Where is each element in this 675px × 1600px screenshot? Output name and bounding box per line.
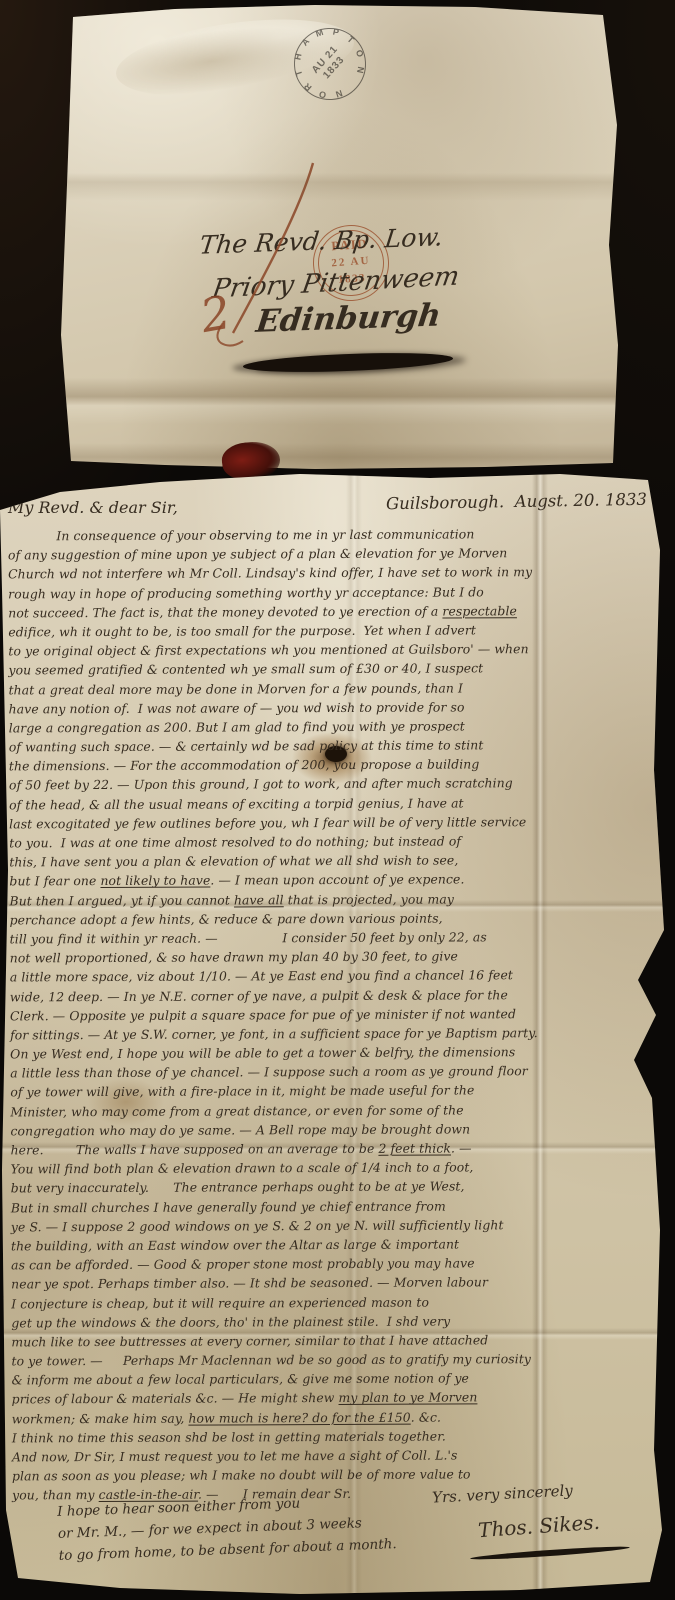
- postmark-ring-letter: A: [299, 36, 313, 50]
- postage-charge-mark: 2: [197, 285, 235, 343]
- paper-wrinkle: [111, 7, 358, 110]
- paid-stamp: PAID 22 AU 1833: [310, 222, 391, 303]
- envelope-front: NORTHAMPTON AU 21 1833 PAID 22 AU 1833 T…: [55, 5, 625, 471]
- postmark-ring-letter: O: [318, 87, 328, 100]
- signature: Thos. Sikes.: [477, 1510, 600, 1542]
- postmark-year: 1833: [303, 34, 365, 101]
- postmark-ring-letter: T: [293, 67, 307, 78]
- dateline: Guilsborough. Augst. 20. 1833: [386, 490, 647, 514]
- postmark-ring-letter: T: [343, 33, 357, 47]
- postmark-ring-text: NORTHAMPTON: [274, 8, 328, 67]
- paid-stamp-date: 22 AU: [313, 253, 390, 270]
- photo-background: NORTHAMPTON AU 21 1833 PAID 22 AU 1833 T…: [0, 0, 675, 1600]
- postmark-ring-letter: O: [352, 48, 366, 59]
- address-block: The Revd. Bp. Low.Priory PittenweemEdinb…: [153, 218, 577, 344]
- paid-stamp-inner-circle: [316, 228, 386, 298]
- northampton-postmark-stamp: NORTHAMPTON AU 21 1833: [274, 8, 387, 121]
- postmark-center-text: AU 21 1833: [294, 26, 365, 102]
- signature-flourish: [470, 1544, 630, 1561]
- address-line: Priory Pittenweem: [210, 255, 578, 304]
- postmark-ring-letter: R: [302, 79, 316, 93]
- postmark-ring-letter: M: [314, 27, 325, 41]
- postmark-ring-letter: N: [333, 86, 344, 100]
- paid-stamp-label: PAID: [311, 234, 388, 255]
- letter-lines: In consequence of your observing to me i…: [8, 526, 666, 1507]
- postmark-ring-letter: N: [353, 65, 366, 75]
- letter-page: My Revd. & dear Sir, Guilsborough. Augst…: [0, 470, 670, 1598]
- postmark-ring: [279, 13, 381, 115]
- paid-stamp-year: 1833: [314, 270, 391, 287]
- postmark-ring-letter: H: [292, 52, 305, 62]
- salutation: My Revd. & dear Sir,: [8, 498, 178, 517]
- address-line: The Revd. Bp. Low.: [198, 218, 575, 260]
- red-charge-strokes: [55, 5, 625, 471]
- address-line: Edinburgh: [254, 293, 578, 340]
- postmark-date: AU 21: [294, 26, 356, 93]
- ink-smear: [238, 350, 457, 375]
- postscript: I hope to hear soon either from youor Mr…: [57, 1492, 397, 1570]
- paid-stamp-outer-circle: [310, 222, 391, 303]
- postmark-ring-letter: P: [331, 26, 341, 39]
